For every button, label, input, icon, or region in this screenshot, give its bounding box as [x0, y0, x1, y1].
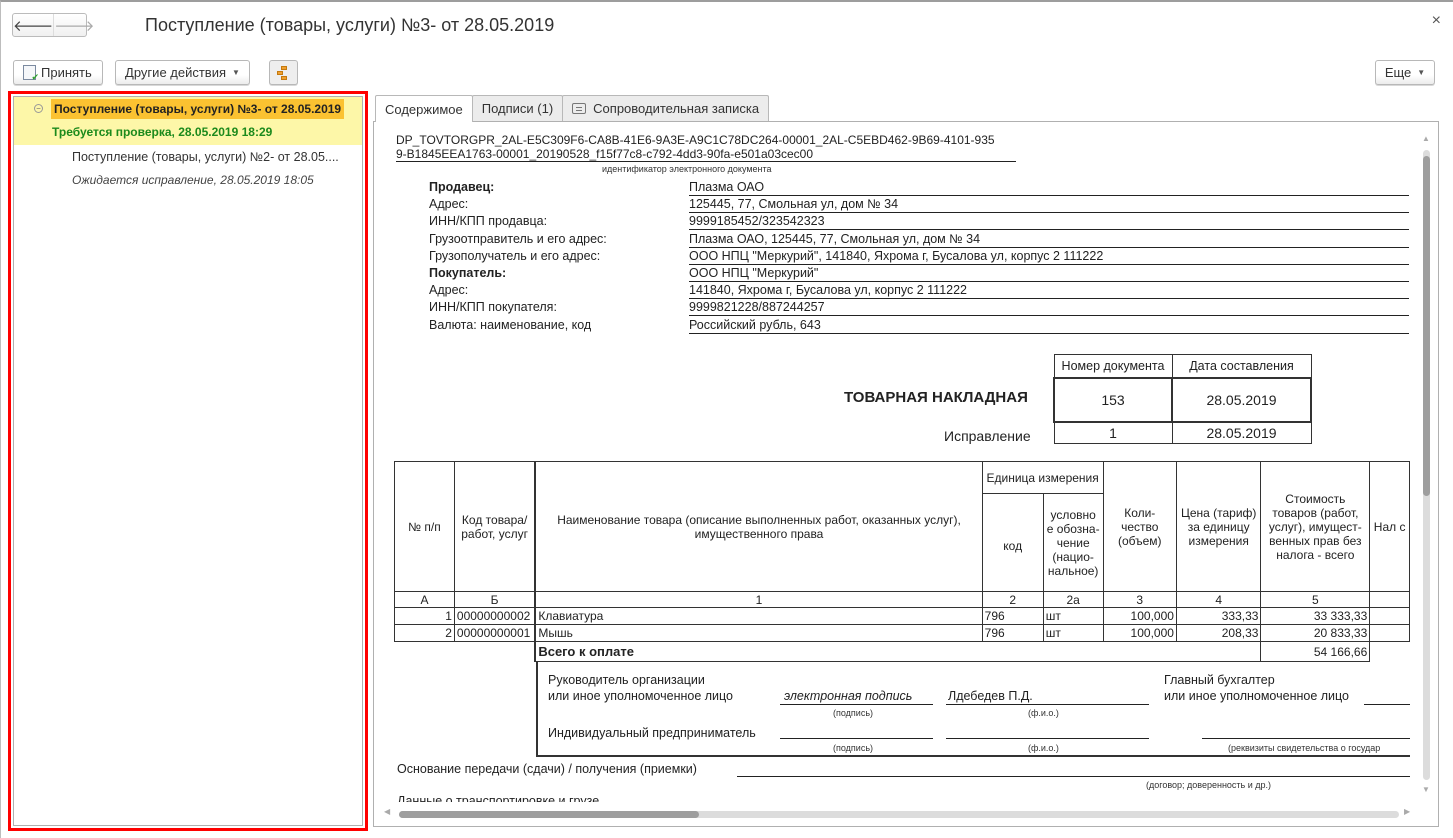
entrepreneur-label: Индивидуальный предприниматель — [548, 725, 756, 741]
document-check-icon — [23, 65, 36, 80]
head-signature: электронная подпись — [780, 689, 933, 705]
basis-line — [737, 762, 1410, 777]
document-identifier: DP_TOVTORGPR_2AL-E5C309F6-CA8B-41E6-9A3E… — [396, 133, 1016, 162]
tree-item-current[interactable]: − Поступление (товары, услуги) №3- от 28… — [14, 97, 362, 120]
scroll-down-icon[interactable]: ▼ — [1422, 785, 1430, 794]
items-table: № п/п Код товара/ работ, услуг Наименова… — [394, 461, 1410, 662]
total-label: Всего к оплате — [535, 642, 1261, 662]
document-tree-highlight: − Поступление (товары, услуги) №3- от 28… — [8, 91, 368, 831]
navigation-group: 🡐 🡒 — [12, 13, 87, 37]
cell-tax — [1370, 608, 1410, 625]
requisite-label: Грузоотправитель и его адрес: — [429, 232, 607, 246]
basis-label: Основание передачи (сдачи) / получения (… — [397, 762, 697, 776]
cell-price: 333,33 — [1176, 608, 1260, 625]
chevron-down-icon: ▼ — [1417, 68, 1425, 77]
column-number — [1370, 592, 1410, 608]
header-unit-group: Единица измерения — [982, 462, 1103, 494]
cell-unit-code: 796 — [982, 608, 1043, 625]
accountant-signature-line — [1364, 689, 1410, 705]
head-label-line-2: или иное уполномоченное лицо — [548, 688, 733, 704]
document-tree[interactable]: − Поступление (товары, услуги) №3- от 28… — [13, 96, 363, 826]
cell-unit-code: 796 — [982, 625, 1043, 642]
registration-caption: (реквизиты свидетельства о государ — [1228, 743, 1380, 753]
requisite-value: 9999185452/323542323 — [689, 214, 1409, 230]
requisite-label: Покупатель: — [429, 266, 506, 280]
table-row[interactable]: 1 00000000002 Клавиатура 796 шт 100,000 … — [395, 608, 1410, 625]
header-tax: Нал с — [1370, 462, 1410, 592]
header-code: Код товара/ работ, услуг — [454, 462, 535, 592]
header-name: Наименование товара (описание выполненны… — [535, 462, 982, 592]
forward-button[interactable]: 🡒 — [53, 14, 94, 36]
requisite-row: Валюта: наименование, кодРоссийский рубл… — [429, 317, 1409, 334]
header-qty: Коли- чество (объем) — [1103, 462, 1176, 592]
cell-qty: 100,000 — [1103, 625, 1176, 642]
accept-label: Принять — [41, 65, 92, 80]
correction-number: 1 — [1054, 422, 1172, 444]
cell-code: 00000000002 — [454, 608, 535, 625]
requisite-row: Грузоотправитель и его адрес:Плазма ОАО,… — [429, 231, 1409, 248]
tree-item-current-status: Требуется проверка, 28.05.2019 18:29 — [14, 120, 362, 143]
requisite-value: 9999821228/887244257 — [689, 300, 1409, 316]
transport-label: Данные о транспортировке и грузе — [397, 794, 599, 802]
requisite-row: Грузополучатель и его адрес:ООО НПЦ "Мер… — [429, 248, 1409, 265]
column-number: 2 — [982, 592, 1043, 608]
chevron-down-icon: ▼ — [232, 68, 240, 77]
requisite-label: ИНН/КПП продавца: — [429, 214, 547, 228]
hierarchy-icon — [277, 66, 291, 80]
tab-content[interactable]: Содержимое — [375, 95, 473, 122]
name-caption: (ф.и.о.) — [1028, 708, 1059, 718]
cell-num: 2 — [395, 625, 455, 642]
requisite-row: Покупатель:ООО НПЦ "Меркурий" — [429, 265, 1409, 282]
requisite-row: ИНН/КПП покупателя:9999821228/887244257 — [429, 299, 1409, 316]
tree-item-child-status: Ожидается исправление, 28.05.2019 18:05 — [14, 168, 362, 191]
requisite-value: Российский рубль, 643 — [689, 318, 1409, 334]
requisite-value: ООО НПЦ "Меркурий", 141840, Яхрома г, Бу… — [689, 249, 1409, 265]
cell-name: Клавиатура — [535, 608, 982, 625]
registration-line — [1202, 723, 1410, 739]
header-price: Цена (тариф) за единицу измерения — [1176, 462, 1260, 592]
head-label: Руководитель организации или иное уполно… — [548, 672, 733, 704]
tree-item-current-label: Поступление (товары, услуги) №3- от 28.0… — [51, 99, 344, 119]
column-numbers-row: А Б 1 2 2а 3 4 5 — [395, 592, 1410, 608]
scroll-up-icon[interactable]: ▲ — [1422, 134, 1430, 143]
identifier-line-2: 9-B1845EEA1763-00001_20190528_f15f77c8-c… — [396, 147, 813, 161]
column-number: 3 — [1103, 592, 1176, 608]
signatures-block: Руководитель организации или иное уполно… — [536, 662, 1410, 757]
requisite-row: Адрес:141840, Яхрома г, Бусалова ул, кор… — [429, 282, 1409, 299]
cell-tax — [1370, 625, 1410, 642]
document-number-table: Номер документа Дата составления 153 28.… — [1053, 354, 1312, 444]
column-number: 4 — [1176, 592, 1260, 608]
table-row[interactable]: 2 00000000001 Мышь 796 шт 100,000 208,33… — [395, 625, 1410, 642]
horizontal-scroll-thumb[interactable] — [399, 811, 699, 818]
cell-price: 208,33 — [1176, 625, 1260, 642]
tab-cover-note[interactable]: Сопроводительная записка — [562, 95, 769, 121]
cell-num: 1 — [395, 608, 455, 625]
arrow-left-icon: 🡐 — [13, 16, 53, 35]
document-type-title: ТОВАРНАЯ НАКЛАДНАЯ — [844, 389, 1028, 406]
entrepreneur-signature-line — [780, 723, 933, 739]
accountant-label-line-2: или иное уполномоченное лицо — [1164, 688, 1349, 704]
head-label-line-1: Руководитель организации — [548, 672, 733, 688]
requisite-value: ООО НПЦ "Меркурий" — [689, 266, 1409, 282]
date-header: Дата составления — [1172, 355, 1311, 378]
requisite-label: Адрес: — [429, 197, 468, 211]
total-amount: 54 166,66 — [1261, 642, 1370, 662]
requisite-label: Грузополучатель и его адрес: — [429, 249, 600, 263]
tree-item-child[interactable]: Поступление (товары, услуги) №2- от 28.0… — [14, 145, 362, 168]
horizontal-scrollbar[interactable]: ◀ ▶ — [374, 802, 1410, 826]
more-button[interactable]: Еще ▼ — [1375, 60, 1435, 85]
head-name: Лдебедев П.Д. — [946, 689, 1149, 705]
document-date: 28.05.2019 — [1172, 378, 1311, 422]
requisite-label: Продавец: — [429, 180, 494, 194]
document-viewer[interactable]: DP_TOVTORGPR_2AL-E5C309F6-CA8B-41E6-9A3E… — [373, 121, 1439, 827]
basis-caption: (договор; доверенность и др.) — [1146, 780, 1271, 790]
vertical-scroll-thumb[interactable] — [1423, 156, 1430, 496]
more-label: Еще — [1385, 65, 1411, 80]
accountant-label: Главный бухгалтер или иное уполномоченно… — [1164, 672, 1349, 704]
close-icon[interactable]: × — [1432, 12, 1441, 30]
tab-bar: Содержимое Подписи (1) Сопроводительная … — [375, 95, 768, 121]
requisite-value: 125445, 77, Смольная ул, дом № 34 — [689, 197, 1409, 213]
tab-signatures[interactable]: Подписи (1) — [472, 95, 563, 121]
tree-group-current: − Поступление (товары, услуги) №3- от 28… — [14, 97, 362, 145]
scroll-right-icon[interactable]: ▶ — [1404, 807, 1410, 816]
window-title: Поступление (товары, услуги) №3- от 28.0… — [145, 15, 554, 36]
scroll-left-icon[interactable]: ◀ — [384, 807, 390, 816]
other-actions-label: Другие действия — [125, 65, 226, 80]
requisite-row: Адрес:125445, 77, Смольная ул, дом № 34 — [429, 196, 1409, 213]
requisite-value: Плазма ОАО — [689, 180, 1409, 196]
other-actions-button[interactable]: Другие действия ▼ — [115, 60, 250, 85]
column-number: А — [395, 592, 455, 608]
accept-button[interactable]: Принять — [13, 60, 103, 85]
column-number: 1 — [535, 592, 982, 608]
entrepreneur-name-line — [946, 723, 1149, 739]
cell-qty: 100,000 — [1103, 608, 1176, 625]
cell-unit-name: шт — [1043, 625, 1103, 642]
total-row: Всего к оплате 54 166,66 — [395, 642, 1410, 662]
comment-icon — [572, 103, 586, 114]
header-unit-name: условно е обозна- чение (нацио- нальное) — [1043, 494, 1103, 592]
header-amount: Стоимость товаров (работ, услуг), имущес… — [1261, 462, 1370, 592]
requisite-row: Продавец:Плазма ОАО — [429, 179, 1409, 196]
requisite-label: Адрес: — [429, 283, 468, 297]
cell-amount: 33 333,33 — [1261, 608, 1370, 625]
correction-date: 28.05.2019 — [1172, 422, 1311, 444]
identifier-caption: идентификатор электронного документа — [602, 164, 772, 174]
document-number: 153 — [1054, 378, 1172, 422]
requisite-value: 141840, Яхрома г, Бусалова ул, корпус 2 … — [689, 283, 1409, 299]
number-header: Номер документа — [1054, 355, 1172, 378]
accountant-label-line-1: Главный бухгалтер — [1164, 672, 1349, 688]
signature-caption: (подпись) — [833, 743, 873, 753]
requisite-label: Валюта: наименование, код — [429, 318, 591, 332]
collapse-icon[interactable]: − — [34, 104, 43, 113]
column-number: 2а — [1043, 592, 1103, 608]
cell-code: 00000000001 — [454, 625, 535, 642]
requisite-label: ИНН/КПП покупателя: — [429, 300, 557, 314]
header-unit-code: код — [982, 494, 1043, 592]
document-page: DP_TOVTORGPR_2AL-E5C309F6-CA8B-41E6-9A3E… — [374, 122, 1410, 802]
arrow-right-icon: 🡒 — [54, 16, 94, 35]
column-number: 5 — [1261, 592, 1370, 608]
vertical-scrollbar[interactable]: ▲ ▼ — [1414, 122, 1438, 802]
back-button[interactable]: 🡐 — [13, 14, 53, 36]
cell-name: Мышь — [535, 625, 982, 642]
header-num: № п/п — [395, 462, 455, 592]
column-number: Б — [454, 592, 535, 608]
cell-unit-name: шт — [1043, 608, 1103, 625]
correction-label: Исправление — [944, 428, 1031, 444]
cell-amount: 20 833,33 — [1261, 625, 1370, 642]
tab-cover-note-label: Сопроводительная записка — [593, 101, 759, 116]
requisite-value: Плазма ОАО, 125445, 77, Смольная ул, дом… — [689, 232, 1409, 248]
structure-button[interactable] — [269, 60, 298, 85]
signature-caption: (подпись) — [833, 708, 873, 718]
name-caption: (ф.и.о.) — [1028, 743, 1059, 753]
requisite-row: ИНН/КПП продавца:9999185452/323542323 — [429, 213, 1409, 230]
identifier-line-1: DP_TOVTORGPR_2AL-E5C309F6-CA8B-41E6-9A3E… — [396, 133, 995, 147]
